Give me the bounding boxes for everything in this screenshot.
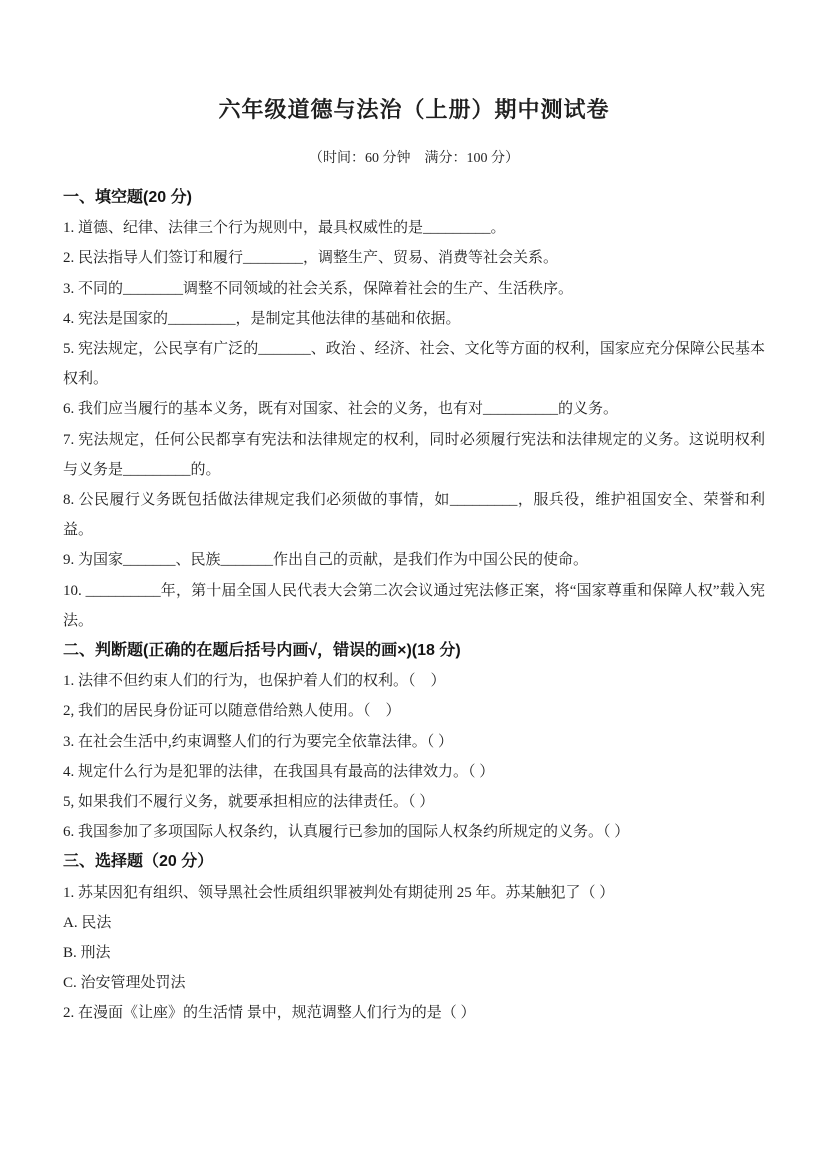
fill-question-9: 9. 为国家_______、民族_______作出自己的贡献，是我们作为中国公民… bbox=[63, 545, 765, 575]
exam-paper-page: 六年级道德与法治（上册）期中测试卷 （时间：60 分钟 满分：100 分） 一、… bbox=[0, 0, 826, 1169]
fill-question-2: 2. 民法指导人们签订和履行________，调整生产、贸易、消费等社会关系。 bbox=[63, 243, 765, 273]
fill-question-6: 6. 我们应当履行的基本义务，既有对国家、社会的义务，也有对__________… bbox=[63, 394, 765, 424]
tf-question-5: 5, 如果我们不履行义务，就要承担相应的法律责任。（ ） bbox=[63, 787, 765, 817]
section-heading-fill-in-blanks: 一、填空题(20 分) bbox=[63, 183, 765, 213]
section-multiple-choice: 三、选择题（20 分） 1. 苏某因犯有组织、领导黑社会性质组织罪被判处有期徒刑… bbox=[63, 847, 765, 1028]
fill-question-8: 8. 公民履行义务既包括做法律规定我们必须做的事情，如_________，服兵役… bbox=[63, 485, 765, 545]
fill-question-5: 5. 宪法规定，公民享有广泛的_______、政治 、经济、社会、文化等方面的权… bbox=[63, 334, 765, 394]
section-heading-multiple-choice: 三、选择题（20 分） bbox=[63, 847, 765, 877]
fill-question-3: 3. 不同的________调整不同领域的社会关系，保障着社会的生产、生活秩序。 bbox=[63, 274, 765, 304]
exam-body: 一、填空题(20 分) 1. 道德、纪律、法律三个行为规则中，最具权威性的是__… bbox=[63, 183, 765, 1029]
section-true-false: 二、判断题(正确的在题后括号内画√，错误的画×)(18 分) 1. 法律不但约束… bbox=[63, 636, 765, 847]
tf-question-1: 1. 法律不但约束人们的行为，也保护着人们的权利。（ ） bbox=[63, 666, 765, 696]
tf-question-6: 6. 我国参加了多项国际人权条约，认真履行已参加的国际人权条约所规定的义务。（ … bbox=[63, 817, 765, 847]
tf-question-4: 4. 规定什么行为是犯罪的法律，在我国具有最高的法律效力。（ ） bbox=[63, 757, 765, 787]
mc-question-1: 1. 苏某因犯有组织、领导黑社会性质组织罪被判处有期徒刑 25 年。苏某触犯了（… bbox=[63, 878, 765, 908]
mc-question-1-option-c: C. 治安管理处罚法 bbox=[63, 968, 765, 998]
section-heading-true-false: 二、判断题(正确的在题后括号内画√，错误的画×)(18 分) bbox=[63, 636, 765, 666]
mc-question-1-option-a: A. 民法 bbox=[63, 908, 765, 938]
tf-question-3: 3. 在社会生活中,约束调整人们的行为要完全依靠法律。（ ） bbox=[63, 727, 765, 757]
fill-question-4: 4. 宪法是国家的_________，是制定其他法律的基础和依据。 bbox=[63, 304, 765, 334]
fill-question-1: 1. 道德、纪律、法律三个行为规则中，最具权威性的是_________。 bbox=[63, 213, 765, 243]
tf-question-2: 2, 我们的居民身份证可以随意借给熟人使用。（ ） bbox=[63, 696, 765, 726]
exam-time-score: （时间：60 分钟 满分：100 分） bbox=[63, 148, 765, 170]
mc-question-1-option-b: B. 刑法 bbox=[63, 938, 765, 968]
page-title: 六年级道德与法治（上册）期中测试卷 bbox=[63, 93, 765, 127]
fill-question-10: 10. __________年，第十届全国人民代表大会第二次会议通过宪法修正案，… bbox=[63, 576, 765, 636]
fill-question-7: 7. 宪法规定，任何公民都享有宪法和法律规定的权利，同时必须履行宪法和法律规定的… bbox=[63, 425, 765, 485]
mc-question-2: 2. 在漫面《让座》的生活情 景中，规范调整人们行为的是（ ） bbox=[63, 998, 765, 1028]
section-fill-in-blanks: 一、填空题(20 分) 1. 道德、纪律、法律三个行为规则中，最具权威性的是__… bbox=[63, 183, 765, 636]
